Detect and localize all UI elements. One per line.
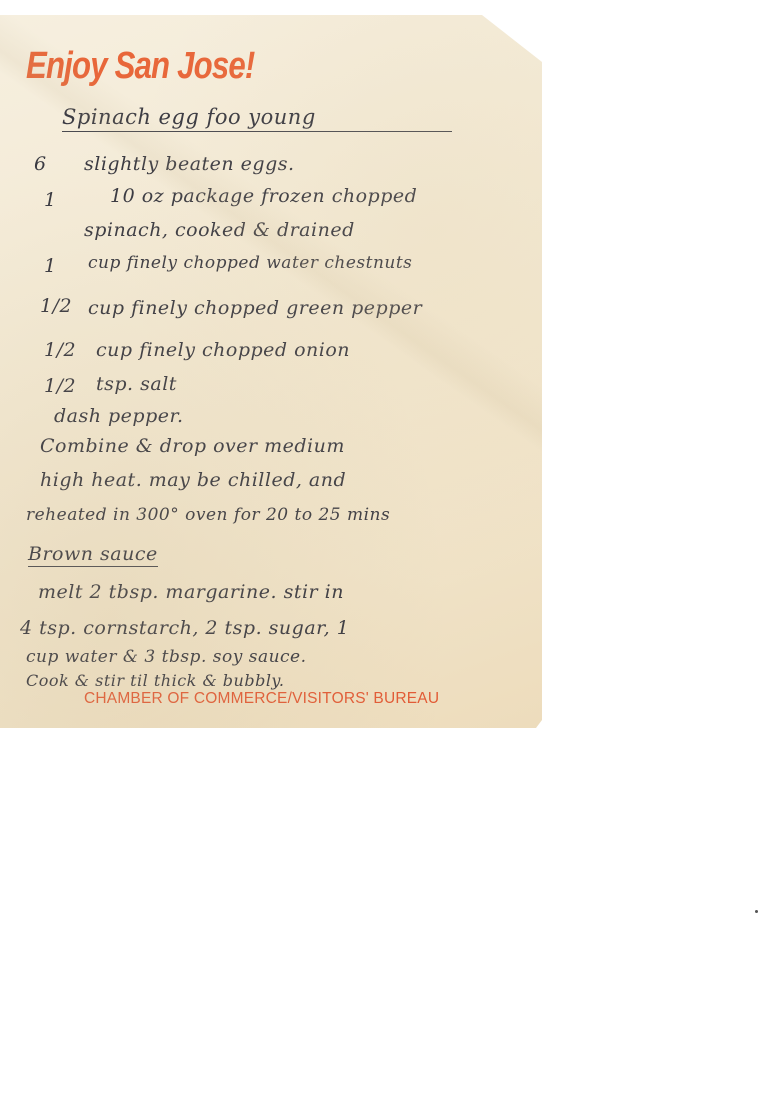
ingredient-qty: 1	[44, 255, 57, 277]
ingredient-text: cup finely chopped green pepper	[88, 297, 422, 319]
sauce-line: melt 2 tbsp. margarine. stir in	[38, 581, 344, 603]
ingredient-text: spinach, cooked & drained	[84, 219, 355, 241]
ingredient-text: cup finely chopped onion	[96, 339, 350, 361]
ingredient-qty: 1/2	[44, 375, 76, 397]
sauce-line: cup water & 3 tbsp. soy sauce.	[26, 647, 307, 667]
ingredient-text: tsp. salt	[96, 373, 177, 395]
ingredient-text: cup finely chopped water chestnuts	[88, 253, 412, 273]
recipe-title: Spinach egg foo young	[62, 105, 452, 132]
letterhead-footer: CHAMBER OF COMMERCE/VISITORS' BUREAU	[84, 690, 439, 708]
instruction-line: high heat. may be chilled, and	[40, 469, 346, 491]
instruction-line: reheated in 300° oven for 20 to 25 mins	[26, 505, 390, 525]
letterhead-title: Enjoy San Jose!	[26, 45, 254, 88]
instruction-line: Combine & drop over medium	[40, 435, 345, 457]
sauce-line: 4 tsp. cornstarch, 2 tsp. sugar, 1	[20, 617, 349, 639]
sauce-title: Brown sauce	[28, 543, 158, 567]
ingredient-qty: 1	[44, 189, 57, 211]
ingredient-qty: 1/2	[40, 295, 72, 317]
sauce-line: Cook & stir til thick & bubbly.	[26, 671, 284, 690]
recipe-paper: Enjoy San Jose! Spinach egg foo young 6 …	[0, 15, 542, 728]
ingredient-text: dash pepper.	[54, 405, 184, 427]
scan-speck	[755, 910, 758, 913]
ingredient-qty: 6	[34, 153, 47, 175]
ingredient-text: 10 oz package frozen chopped	[110, 185, 417, 207]
ingredient-text: slightly beaten eggs.	[84, 153, 295, 175]
ingredient-qty: 1/2	[44, 339, 76, 361]
